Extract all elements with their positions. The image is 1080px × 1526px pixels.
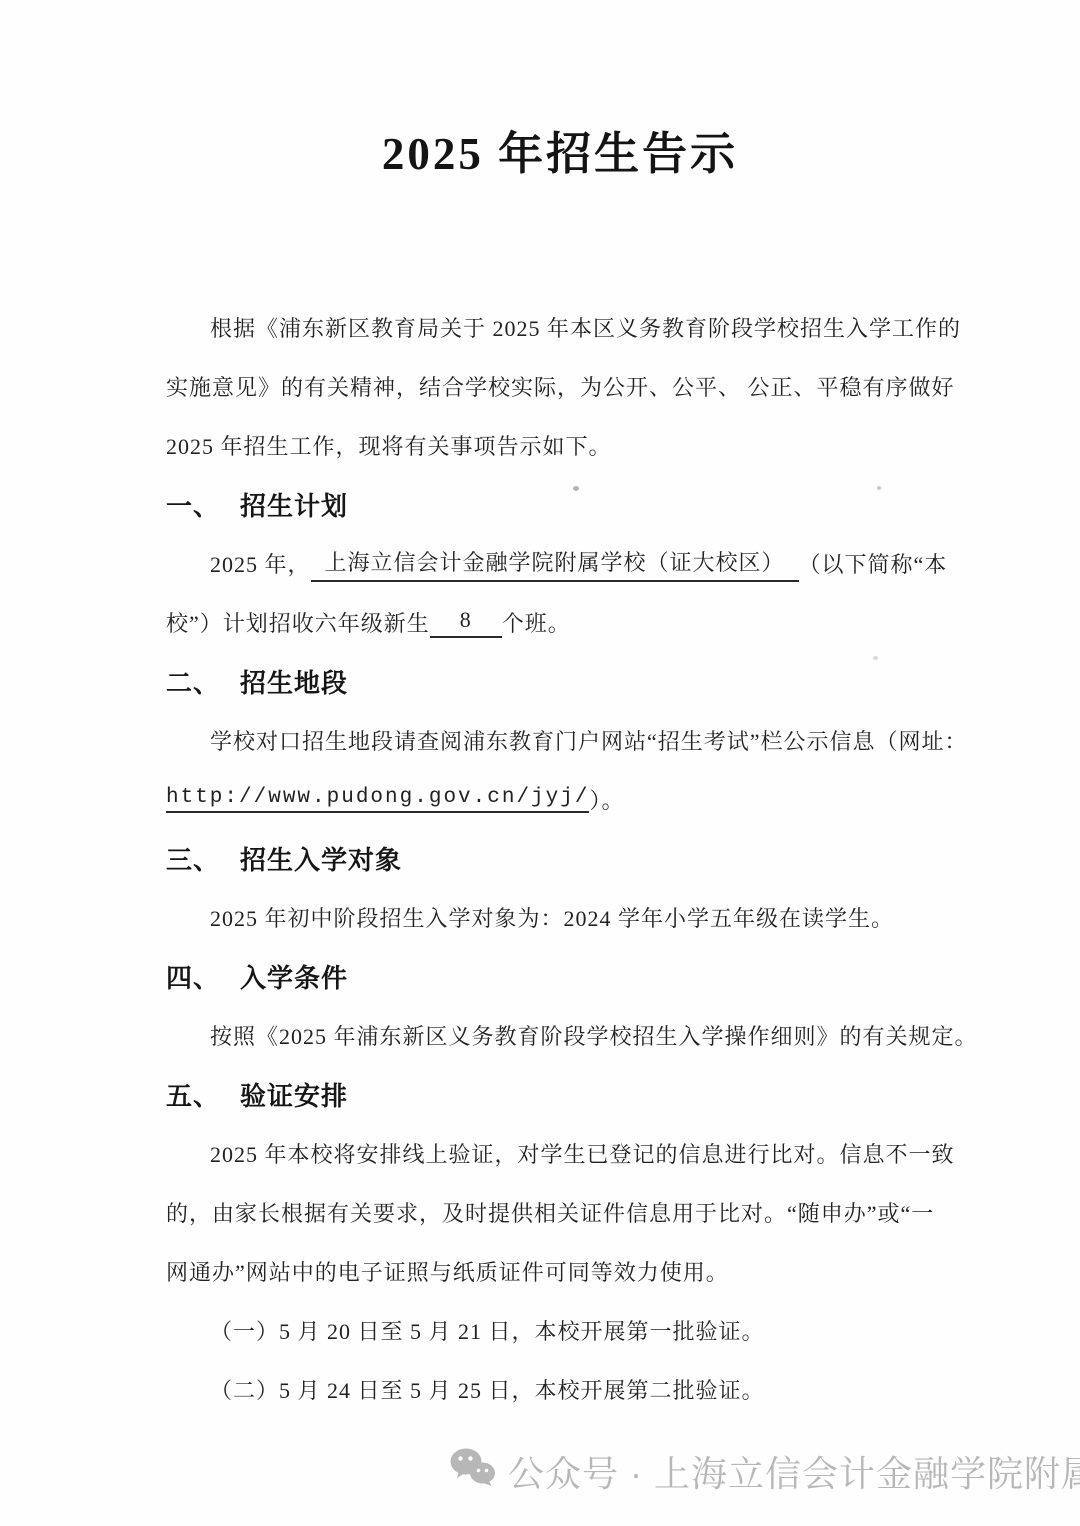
section-5-line-3: 网通办”网站中的电子证照与纸质证件可同等效力使用。 xyxy=(166,1242,966,1301)
section-2-heading-label: 招生地段 xyxy=(240,663,348,700)
verification-batch-2-item: （二）5 月 24 日至 5 月 25 日，本校开展第二批验证。 xyxy=(166,1360,966,1419)
section-4-heading-label: 入学条件 xyxy=(240,958,348,995)
document-page: 2025 年招生告示 根据《浦东新区教育局关于 2025 年本区义务教育阶段学校… xyxy=(0,0,1080,1526)
section-5-number: 五、 xyxy=(166,1076,240,1113)
section-2-heading: 二、 招生地段 xyxy=(166,652,966,711)
intro-line-2: 实施意见》的有关精神，结合学校实际，为公开、公平、 公正、平稳有序做好 xyxy=(166,357,966,416)
section-1-line-2-post: 个班。 xyxy=(502,607,571,638)
section-5-heading: 五、 验证安排 xyxy=(166,1065,966,1124)
section-1-number: 一、 xyxy=(166,486,240,523)
page-title: 2025 年招生告示 xyxy=(0,118,1080,190)
section-3-line-1: 2025 年初中阶段招生入学对象为：2024 学年小学五年级在读学生。 xyxy=(166,888,966,947)
intro-line-3: 2025 年招生工作，现将有关事项告示如下。 xyxy=(166,416,966,475)
section-3-heading: 三、 招生入学对象 xyxy=(166,829,966,888)
section-1-line-1: 2025 年， 上海立信会计金融学院附属学校（证大校区） （以下简称“本 xyxy=(166,534,966,593)
section-1-line-2-pre: 校”）计划招收六年级新生 xyxy=(166,607,430,638)
section-2-line-2-post: ）。 xyxy=(589,784,624,815)
section-3-number: 三、 xyxy=(166,840,240,877)
section-2-line-1: 学校对口招生地段请查阅浦东教育门户网站“招生考试”栏公示信息（网址： xyxy=(166,711,966,770)
scan-speck xyxy=(573,486,579,491)
section-4-line-1: 按照《2025 年浦东新区义务教育阶段学校招生入学操作细则》的有关规定。 xyxy=(166,1006,966,1065)
section-5-line-1: 2025 年本校将安排线上验证，对学生已登记的信息进行比对。信息不一致 xyxy=(166,1124,966,1183)
verification-batch-1-item: （一）5 月 20 日至 5 月 21 日，本校开展第一批验证。 xyxy=(166,1301,966,1360)
section-4-number: 四、 xyxy=(166,958,240,995)
section-3-heading-label: 招生入学对象 xyxy=(240,840,402,877)
section-5-line-2: 的，由家长根据有关要求，及时提供相关证件信息用于比对。“随申办”或“一 xyxy=(166,1183,966,1242)
footer-text: 公众号 · 上海立信会计金融学院附属学校 xyxy=(508,1446,1080,1497)
intro-line-1: 根据《浦东新区教育局关于 2025 年本区义务教育阶段学校招生入学工作的 xyxy=(166,298,966,357)
scan-speck xyxy=(877,486,881,490)
section-1-line-1-pre: 2025 年， xyxy=(210,548,311,579)
wechat-icon xyxy=(450,1448,496,1495)
pudong-gov-url: http://www.pudong.gov.cn/jyj/ xyxy=(166,786,589,813)
section-4-heading: 四、 入学条件 xyxy=(166,947,966,1006)
section-5-heading-label: 验证安排 xyxy=(240,1076,348,1113)
document-body: 根据《浦东新区教育局关于 2025 年本区义务教育阶段学校招生入学工作的 实施意… xyxy=(166,298,966,1419)
section-2-number: 二、 xyxy=(166,663,240,700)
section-1-line-1-post: （以下简称“本 xyxy=(799,548,948,579)
class-count-underlined: 8 xyxy=(430,607,502,638)
section-1-heading: 一、 招生计划 xyxy=(166,475,966,534)
section-1-line-2: 校”）计划招收六年级新生 8 个班。 xyxy=(166,593,966,652)
section-2-line-2: http://www.pudong.gov.cn/jyj/ ）。 xyxy=(166,770,966,829)
wechat-watermark: 公众号 · 上海立信会计金融学院附属学校 xyxy=(450,1446,1080,1497)
section-1-heading-label: 招生计划 xyxy=(240,486,348,523)
school-name-underlined: 上海立信会计金融学院附属学校（证大校区） xyxy=(311,546,799,582)
scan-speck xyxy=(873,656,878,660)
